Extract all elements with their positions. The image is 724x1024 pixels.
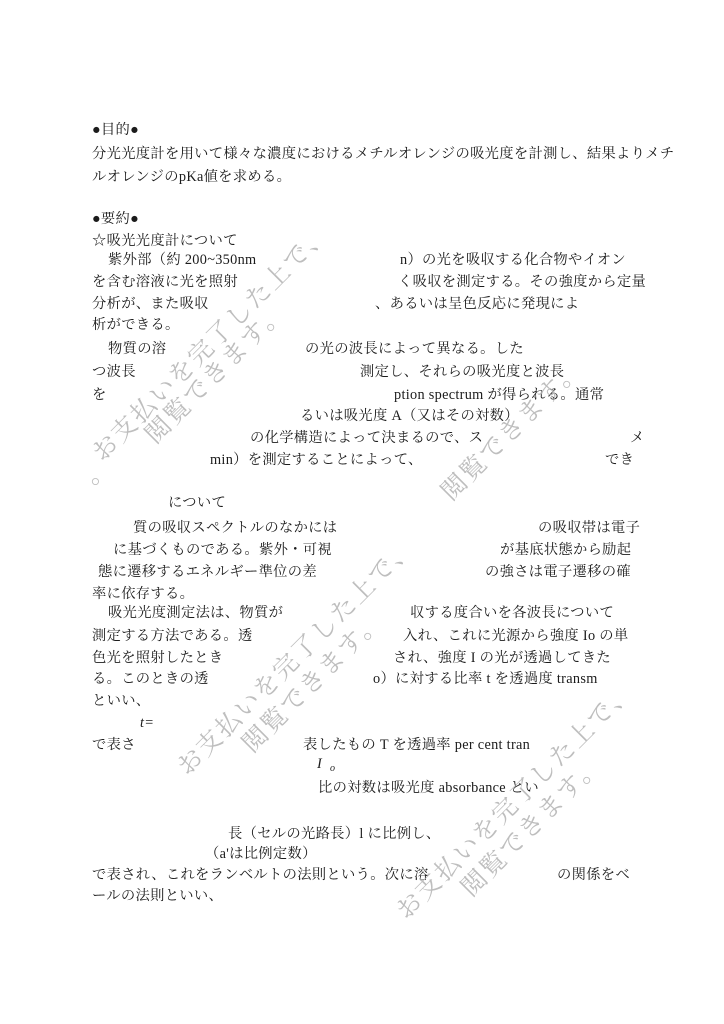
text-fragment: の化学構造によって決まるので、ス xyxy=(250,431,483,445)
text-fragment: ption spectrum が得られる。通常 xyxy=(394,388,604,402)
text-fragment: 物質の溶 xyxy=(108,342,166,356)
text-fragment: 色光を照射したとき xyxy=(92,651,223,665)
text-fragment: で表さ xyxy=(92,738,136,752)
section-heading: ●要約● xyxy=(92,212,139,226)
section-heading: ●目的● xyxy=(92,123,139,137)
text-fragment: （a'は比例定数） xyxy=(205,847,317,861)
text-fragment: つ波長 xyxy=(92,365,136,379)
text-fragment: を含む溶液に光を照射 xyxy=(92,275,238,289)
text-fragment: t= xyxy=(140,716,154,730)
text-fragment: といい、 xyxy=(92,694,150,708)
text-fragment: 分光光度計を用いて様々な濃度におけるメチルオレンジの吸光度を計測し、結果よりメチ xyxy=(92,147,674,161)
text-fragment: ールの法則といい、 xyxy=(92,889,223,903)
text-fragment: 析ができる。 xyxy=(92,318,180,332)
text-fragment: 率に依存する。 xyxy=(92,587,194,601)
text-fragment: 長（セルの光路長）l に比例し、 xyxy=(228,827,441,841)
text-fragment: I xyxy=(317,757,322,771)
text-fragment: の関係をベ xyxy=(557,868,630,882)
text-fragment: 質の吸収スペクトルのなかには xyxy=(133,521,337,535)
text-fragment: 入れ、これに光源から強度 Io の単 xyxy=(403,629,628,643)
text-fragment: 比の対数は吸光度 absorbance とい xyxy=(318,781,539,795)
text-fragment: の強さは電子遷移の確 xyxy=(485,565,631,579)
text-fragment: 態に遷移するエネルギー準位の差 xyxy=(98,565,317,579)
document-text-layer: ●目的●分光光度計を用いて様々な濃度におけるメチルオレンジの吸光度を計測し、結果… xyxy=(0,0,724,1024)
text-fragment: min）を測定することによって、 xyxy=(210,453,423,467)
text-fragment: n）の光を吸収する化合物やイオン xyxy=(400,253,626,267)
text-fragment: メ xyxy=(630,431,645,445)
text-fragment: ルオレンジのpKa値を求める。 xyxy=(92,170,291,184)
text-fragment: の光の波長によって異なる。した xyxy=(305,342,524,356)
text-fragment: 吸光光度測定法は、物質が xyxy=(108,606,283,620)
text-fragment: 分析が、また吸収 xyxy=(92,297,209,311)
text-fragment: について xyxy=(168,496,226,510)
text-fragment: く吸収を測定する。その強度から定量 xyxy=(398,275,646,289)
text-fragment: に基づくものである。紫外・可視 xyxy=(113,543,332,557)
text-fragment: o xyxy=(330,764,335,774)
text-fragment: る。このときの透 xyxy=(92,672,209,686)
text-fragment: でき xyxy=(605,453,634,467)
text-fragment: 、あるいは呈色反応に発現によ xyxy=(375,297,579,311)
text-fragment: を xyxy=(92,388,107,402)
text-fragment: が基底状態から励起 xyxy=(500,543,631,557)
text-fragment: 収する度合いを各波長について xyxy=(410,606,614,620)
text-fragment: 紫外部（約 200~350nm xyxy=(108,253,256,267)
text-fragment: 測定する方法である。透 xyxy=(92,629,253,643)
text-fragment: るいは吸光度 A（又はその対数） xyxy=(300,409,519,423)
text-fragment: o）に対する比率 t を透過度 transm xyxy=(373,672,598,686)
text-fragment: 表したもの T を透過率 per cent tran xyxy=(303,738,530,752)
text-fragment: され、強度 I の光が透過してきた xyxy=(393,651,611,665)
document-page: ●目的●分光光度計を用いて様々な濃度におけるメチルオレンジの吸光度を計測し、結果… xyxy=(0,0,724,1024)
section-heading: ☆吸光光度計について xyxy=(92,234,238,248)
text-fragment: の吸収帯は電子 xyxy=(538,521,640,535)
text-fragment: 測定し、それらの吸光度と波長 xyxy=(360,365,564,379)
text-fragment: で表され、これをランベルトの法則という。次に溶 xyxy=(92,868,429,882)
